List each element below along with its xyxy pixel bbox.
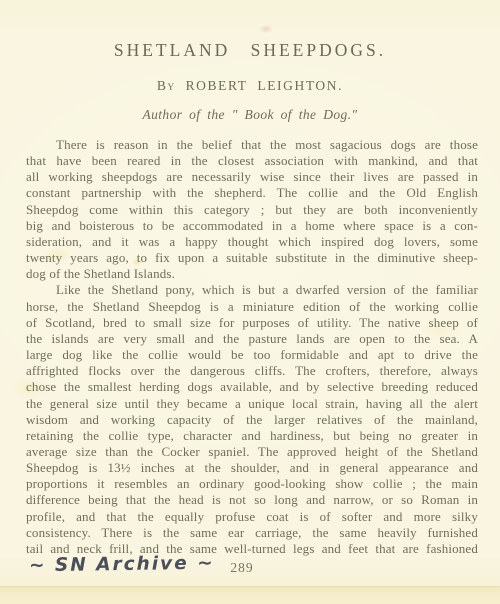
text-line: the general size until they became a uni… — [26, 396, 478, 412]
page-bottom-edge — [0, 586, 500, 604]
text-line: Sheepdog is 13½ inches at the shoulder, … — [26, 460, 478, 476]
paragraph: Like the Shetland pony, which is but a d… — [26, 282, 478, 557]
text-line: retaining the collie type, character and… — [26, 428, 478, 444]
text-line: that have been reared in the closest ass… — [26, 153, 478, 169]
text-line: average size than the Cocker spaniel. Th… — [26, 444, 478, 460]
text-line: There is reason in the belief that the m… — [26, 137, 478, 153]
text-line: profile, and that the equally profuse co… — [26, 509, 478, 525]
text-line: wisdom and working capacity of the large… — [26, 412, 478, 428]
text-line: consistency. There is the same ear carri… — [26, 525, 478, 541]
byline: By ROBERT LEIGHTON. — [0, 78, 500, 94]
text-line: dog of the Shetland Islands. — [26, 266, 478, 282]
text-line: Sheepdog come within this category ; but… — [26, 202, 478, 218]
page-title: SHETLAND SHEEPDOGS. — [0, 40, 500, 61]
text-line: constant partnership with the shepherd. … — [26, 185, 478, 201]
text-line: proportions it resembles an ordinary goo… — [26, 476, 478, 492]
body-text: There is reason in the belief that the m… — [26, 137, 478, 557]
text-line: affrighted flocks over the dangerous cli… — [26, 363, 478, 379]
text-line: difference being that the head is not so… — [26, 492, 478, 508]
text-line: big and boisterous to be accommodated in… — [26, 218, 478, 234]
author-credit: Author of the " Book of the Dog." — [0, 107, 500, 123]
text-line: twenty years ago, to fix upon a suitable… — [26, 250, 478, 266]
text-line: all working sheepdogs are necessarily wi… — [26, 169, 478, 185]
paragraph: There is reason in the belief that the m… — [26, 137, 478, 282]
text-line: sideration, and it was a happy thought w… — [26, 234, 478, 250]
text-line: chose the smallest herding dogs availabl… — [26, 379, 478, 395]
text-line: of Scotland, bred to small size for purp… — [26, 315, 478, 331]
book-page: SHETLAND SHEEPDOGS. By ROBERT LEIGHTON. … — [0, 0, 500, 604]
text-line: horse, the Shetland Sheepdog is a miniat… — [26, 299, 478, 315]
page-number: 289 — [0, 560, 492, 576]
text-line: the islands are very small and the pastu… — [26, 331, 478, 347]
text-line: large dog like the collie would be too f… — [26, 347, 478, 363]
text-line: Like the Shetland pony, which is but a d… — [26, 282, 478, 298]
